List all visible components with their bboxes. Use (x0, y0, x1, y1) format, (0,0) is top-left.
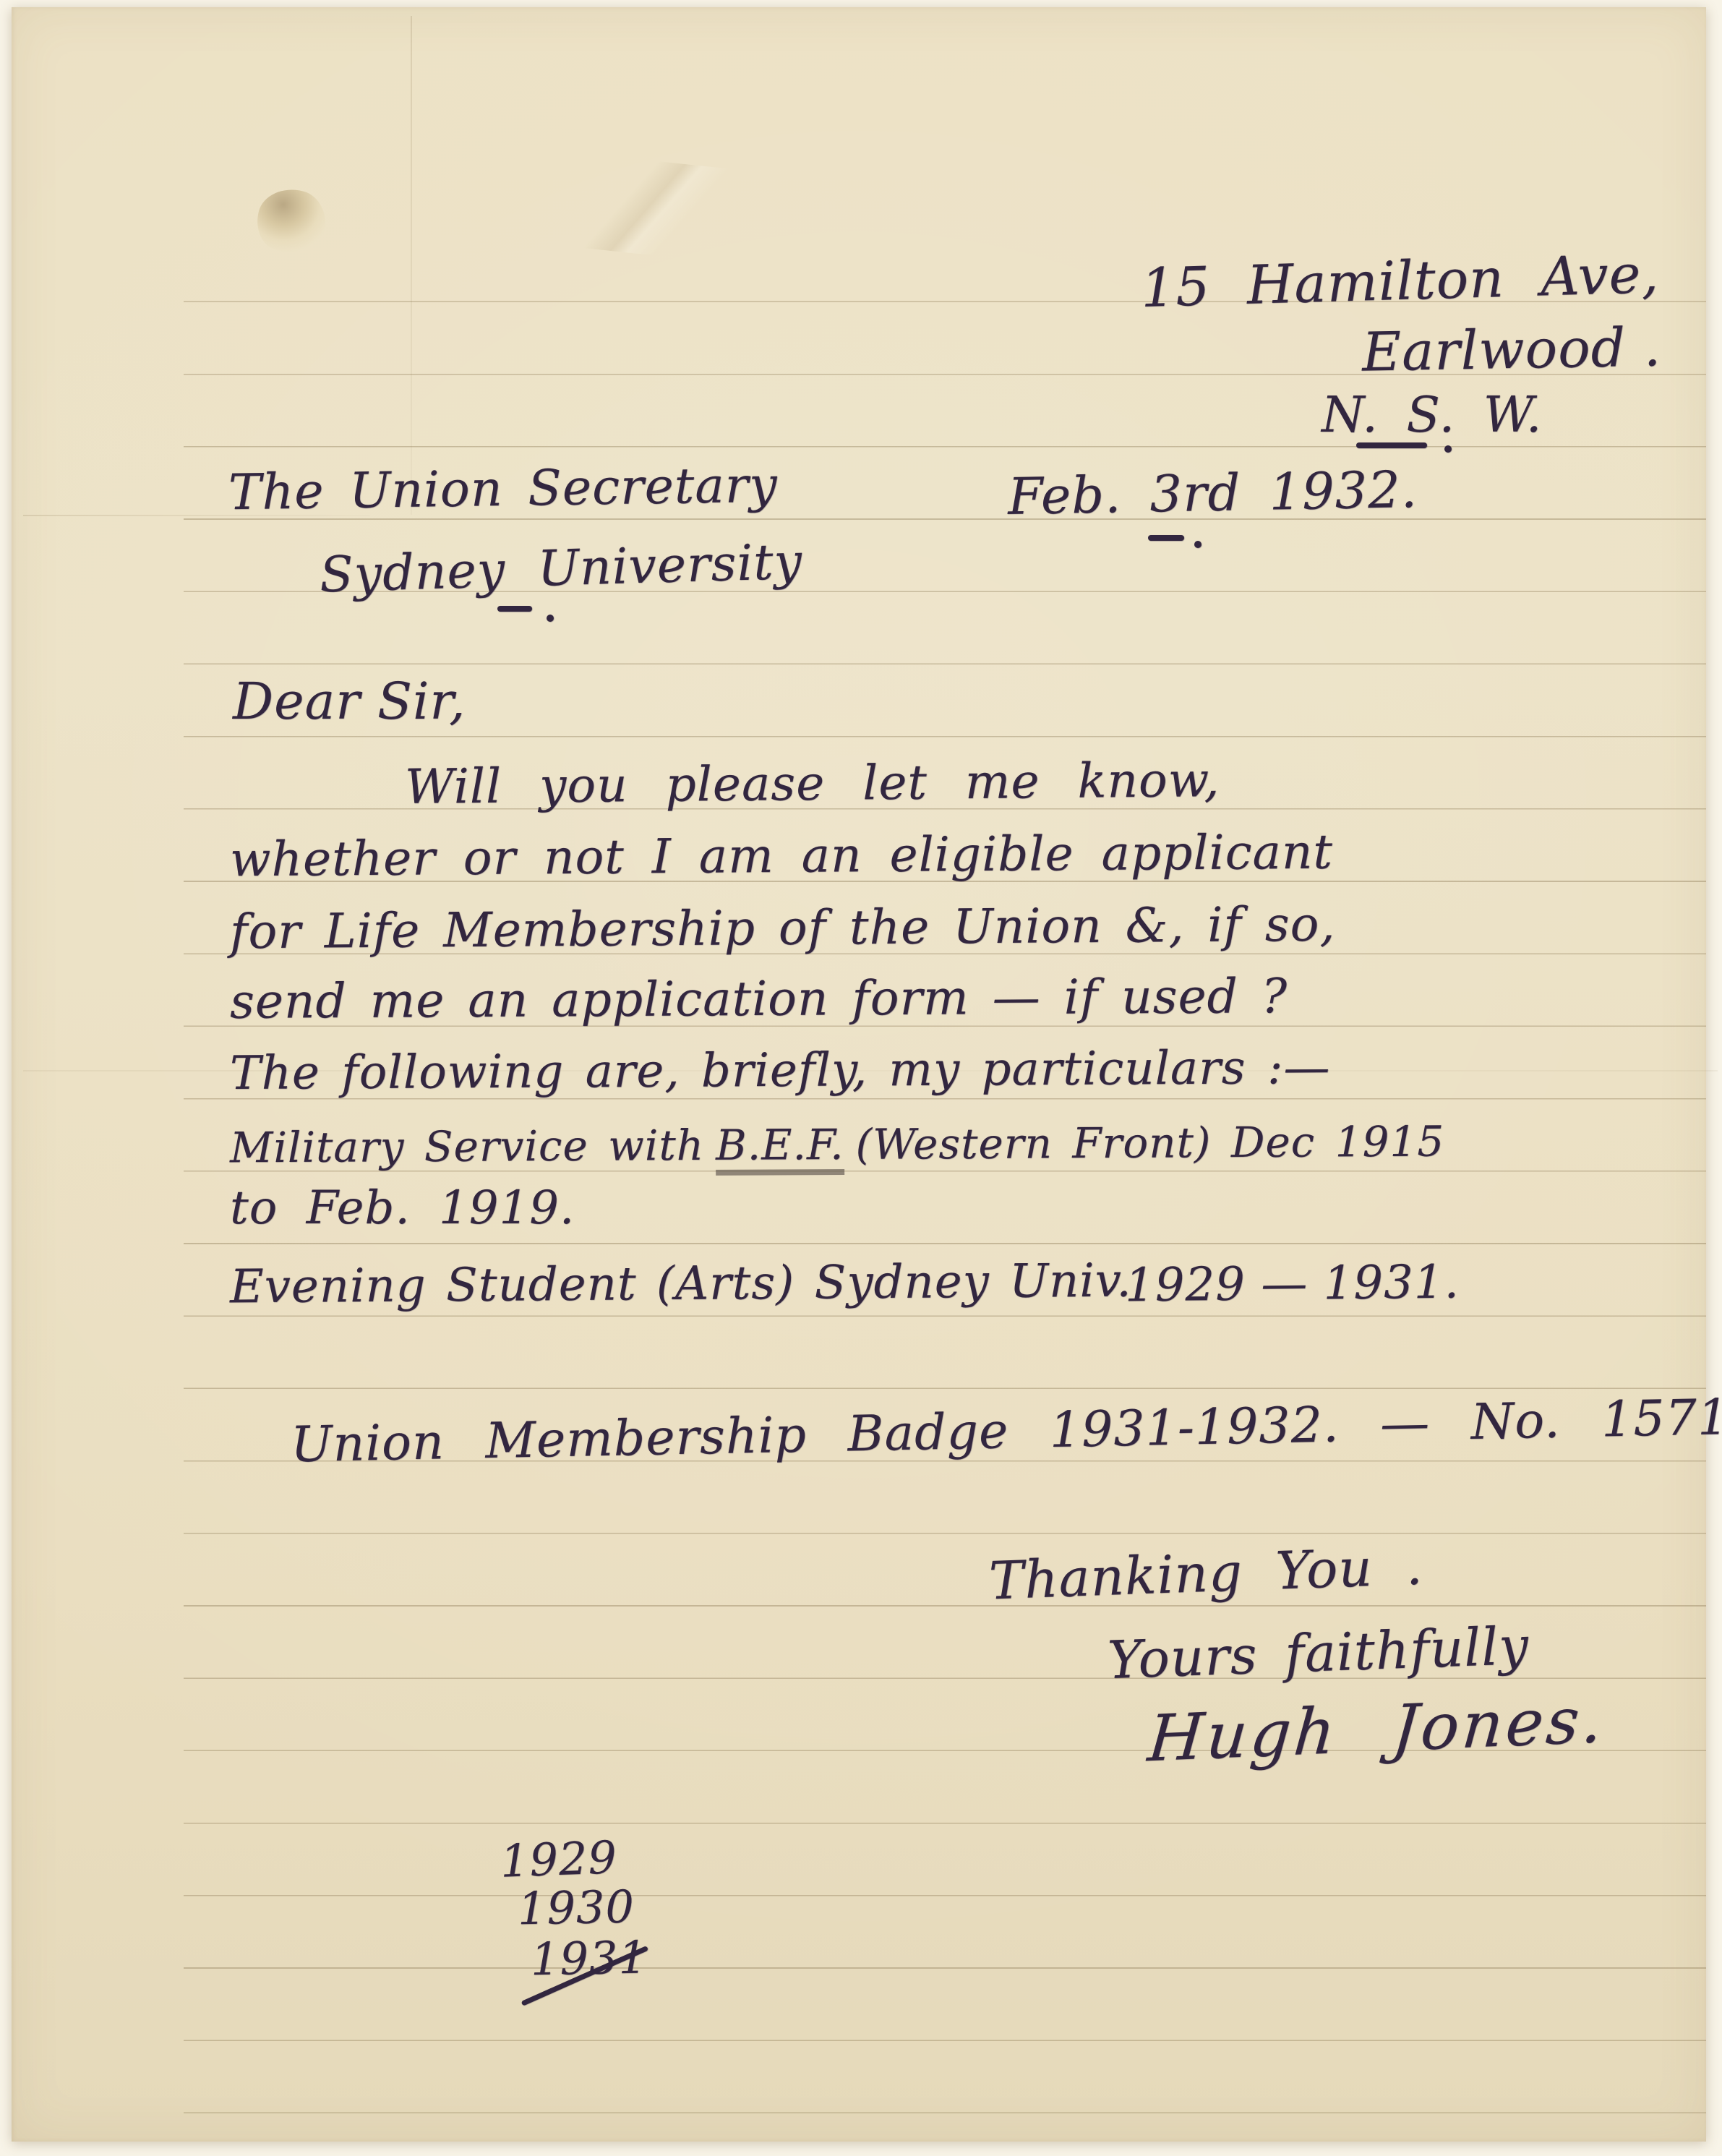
vertical-fold-crease (411, 16, 412, 515)
signature: Hugh Jones. (1146, 1688, 1608, 1771)
body-line-opening: Will you please let me know, (405, 756, 1220, 811)
footnote-year-1929: 1929 (500, 1835, 618, 1884)
recipient-dash-flourish (497, 606, 532, 612)
body-line-3: for Life Membership of the Union &, if s… (230, 901, 1336, 957)
body-line-evening-student: Evening Student (Arts) Sydney Univ. (230, 1258, 1132, 1311)
bef-underlined-abbreviation: B.E.F. (716, 1124, 844, 1176)
footnote-year-1930: 1930 (517, 1885, 635, 1932)
date-line: Feb. 3rd 1932. (1007, 464, 1418, 522)
military-service-pre: Military Service with (230, 1121, 704, 1172)
closing-valediction: Yours faithfully (1107, 1620, 1530, 1686)
body-line-2: whether or not I am an eligible applican… (230, 829, 1333, 884)
military-service-post: (Western Front) Dec 1915 (855, 1117, 1444, 1169)
sender-address-line-3: N. S. W. (1322, 391, 1542, 440)
body-line-4: send me an application form — if used ? (230, 972, 1288, 1026)
recipient-line-2: Sydney University (319, 538, 803, 601)
nsw-underline-flourish (1356, 442, 1427, 448)
date-dot-flourish (1194, 541, 1201, 548)
sender-address-line-1: 15 Hamilton Ave, (1140, 247, 1660, 315)
body-line-5: The following are, briefly, my particula… (230, 1045, 1331, 1097)
closing-thanks: Thanking You . (988, 1540, 1424, 1607)
recipient-dot-flourish (547, 615, 554, 622)
scanned-letter: 15 Hamilton Ave, Earlwood . N. S. W. The… (0, 0, 1722, 2156)
body-line-student-years: 1929 — 1931. (1125, 1259, 1460, 1309)
recipient-line-1: The Union Secretary (228, 461, 779, 518)
date-dash-flourish (1148, 535, 1184, 541)
salutation: Dear Sir, (233, 676, 466, 727)
nsw-dot-flourish (1444, 445, 1452, 453)
sender-address-line-2: Earlwood . (1361, 320, 1661, 379)
body-line-military-service: Military Service withB.E.F.(Western Fron… (230, 1121, 1445, 1178)
body-line-service-end: to Feb. 1919. (230, 1185, 575, 1231)
